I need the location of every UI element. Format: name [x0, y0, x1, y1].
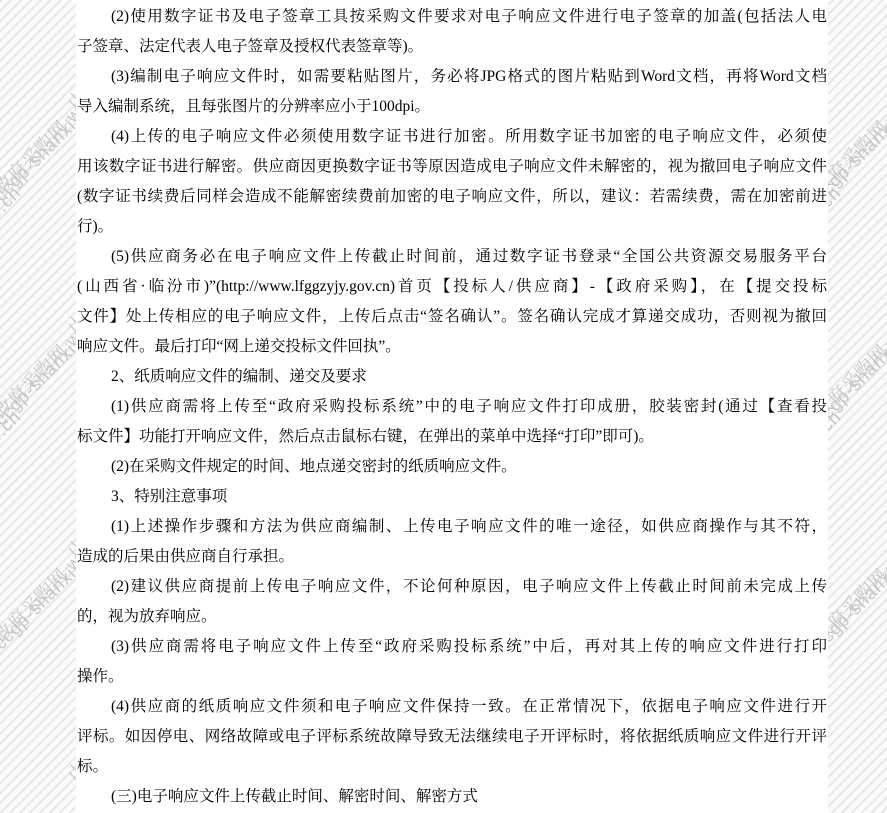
doc-section-heading: (三)电子响应文件上传截止时间、解密时间、解密方式 [76, 782, 828, 812]
doc-line: (数字证书续费后同样会造成不能解密续费前加密的电子响应文件，所以，建议：若需续费… [76, 182, 828, 212]
doc-line: (1)供应商需将上传至“政府采购投标系统”中的电子响应文件打印成册，胶装密封(通… [76, 392, 828, 422]
doc-line: (1)上述操作步骤和方法为供应商编制、上传电子响应文件的唯一途径，如供应商操作与… [76, 512, 828, 542]
doc-line: 导入编制系统，且每张图片的分辨率应小于100dpi。 [76, 92, 828, 122]
doc-line: (2)建议供应商提前上传电子响应文件，不论何种原因，电子响应文件上传截止时间前未… [76, 572, 828, 602]
document-panel: (2)使用数字证书及电子签章工具按采购文件要求对电子响应文件进行电子签章的加盖(… [76, 0, 828, 813]
doc-line: (2)在采购文件规定的时间、地点递交密封的纸质响应文件。 [76, 452, 828, 482]
doc-line: 造成的后果由供应商自行承担。 [76, 542, 828, 572]
watermark-text: 山西政府采购网 www.ccgp-shanxi.gov.cn [0, 0, 26, 2]
doc-line: 标文件】功能打开响应文件，然后点击鼠标右键，在弹出的菜单中选择“打印”即可)。 [76, 422, 828, 452]
doc-line: 标。 [76, 752, 828, 782]
doc-line: (5)供应商务必在电子响应文件上传截止时间前，通过数字证书登录“全国公共资源交易… [76, 242, 828, 272]
doc-line: 响应文件。最后打印“网上递交投标文件回执”。 [76, 332, 828, 362]
doc-line: (2)使用数字证书及电子签章工具按采购文件要求对电子响应文件进行电子签章的加盖(… [76, 2, 828, 32]
doc-line: 子签章、法定代表人电子签章及授权代表签章等)。 [76, 32, 828, 62]
doc-line: 行)。 [76, 212, 828, 242]
doc-line: (山西省·临汾市)”(http://www.lfggzyjy.gov.cn)首页… [76, 272, 828, 302]
doc-line: 用该数字证书进行解密。供应商因更换数字证书等原因造成电子响应文件未解密的，视为撤… [76, 152, 828, 182]
doc-line: 评标。如因停电、网络故障或电子评标系统故障导致无法继续电子开评标时，将依据纸质响… [76, 722, 828, 752]
watermark-text: 山西政府采购网 www.ccgp-shanxi.gov.cn [881, 0, 887, 114]
doc-line: (4)上传的电子响应文件必须使用数字证书进行加密。所用数字证书加密的电子响应文件… [76, 122, 828, 152]
doc-line: (3)供应商需将电子响应文件上传至“政府采购投标系统”中后，再对其上传的响应文件… [76, 632, 828, 662]
doc-section-heading: 3、特别注意事项 [76, 482, 828, 512]
doc-line: (3)编制电子响应文件时，如需要粘贴图片，务必将JPG格式的图片粘贴到Word文… [76, 62, 828, 92]
doc-line: 的，视为放弃响应。 [76, 602, 828, 632]
doc-line: 文件】处上传相应的电子响应文件，上传后点击“签名确认”。签名确认完成才算递交成功… [76, 302, 828, 332]
doc-section-heading: 2、纸质响应文件的编制、递交及要求 [76, 362, 828, 392]
doc-line: 操作。 [76, 662, 828, 692]
doc-line: (4)供应商的纸质响应文件须和电子响应文件保持一致。在正常情况下，依据电子响应文… [76, 692, 828, 722]
